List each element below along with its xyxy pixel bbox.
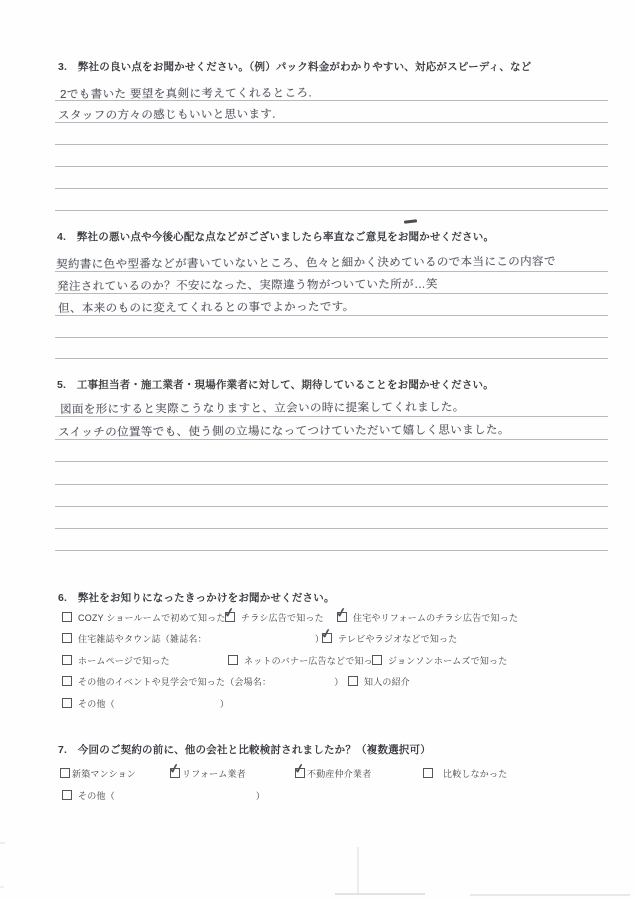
answer-ruled-line [55, 461, 608, 462]
checkbox-icon [60, 768, 70, 778]
question-7-title: 7. 今回のご契約の前に、他の会社と比較検討されましたか？（複数選択可） [58, 742, 431, 757]
answer-ruled-line [55, 293, 608, 294]
scanned-survey-page: 3. 弊社の良い点をお聞かせください。（例）パック料金がわかりやすい、対応がスピ… [0, 0, 636, 900]
answer-ruled-line [55, 416, 608, 417]
checkbox-icon [228, 655, 238, 665]
scan-artifact [404, 219, 417, 223]
handwritten-answer-line: スタッフの方々の感じもいいと思います. [58, 106, 276, 123]
write-in-blank [207, 632, 315, 633]
q6-option-homepage[interactable]: ホームページで知った [62, 654, 170, 667]
close-paren: ） [256, 789, 265, 802]
answer-ruled-line [55, 271, 608, 272]
checkbox-icon [62, 698, 72, 708]
write-in-blank [115, 697, 220, 698]
checkbox-icon [423, 768, 433, 778]
answer-ruled-line [55, 439, 608, 440]
close-paren: ） [220, 697, 229, 710]
answer-ruled-line [55, 484, 608, 485]
handwritten-answer-line: 図面を形にすると実際こうなりますと、立会いの時に提案してくれました。 [60, 399, 465, 417]
question-4-title: 4. 弊社の悪い点や今後心配な点などがございましたら率直なご意見をお聞かせくださ… [57, 229, 494, 244]
write-in-blank [271, 675, 334, 676]
q7-option-no-comparison[interactable]: 比較しなかった [423, 767, 507, 780]
checkbox-checked-icon: ✓ [295, 768, 305, 778]
q6-option-johnson-homes[interactable]: ジョンソンホームズで知った [372, 654, 507, 667]
answer-ruled-line [55, 337, 608, 338]
answer-ruled-line [55, 358, 608, 359]
check-icon: ✓ [223, 604, 237, 622]
answer-ruled-line [55, 144, 608, 145]
checkbox-icon [62, 612, 72, 622]
answer-ruled-line [55, 188, 608, 189]
checkbox-icon [62, 655, 72, 665]
checkbox-checked-icon: ✓ [225, 612, 235, 622]
q6-option-referral[interactable]: 知人の紹介 [348, 675, 410, 688]
answer-ruled-line [55, 315, 608, 316]
answer-ruled-line [55, 550, 608, 551]
close-paren: ） [334, 675, 343, 688]
q6-option-home-reform-flyer[interactable]: ✓ 住宅やリフォームのチラシ広告で知った [337, 611, 518, 624]
handwritten-answer-line: 契約書に色や型番などが書いていないところ、色々と細かく決めているので本当にこの内… [56, 253, 556, 272]
checkbox-checked-icon: ✓ [337, 612, 347, 622]
handwritten-answer-line: スイッチの位置等でも、使う側の立場になってつけていただいて嬉しく思いました。 [58, 421, 510, 440]
answer-ruled-line [55, 506, 608, 507]
q7-option-other[interactable]: その他（ ） [62, 789, 265, 802]
handwritten-answer-line: 発注されているのか？不安になった、実際違う物がついていた所が…笑 [57, 276, 438, 294]
checkbox-checked-icon: ✓ [322, 633, 332, 643]
q6-option-event[interactable]: その他のイベントや見学会で知った（会場名： ） [62, 675, 343, 688]
question-6-title: 6. 弊社をお知りになったきっかけをお聞かせください。 [58, 590, 335, 605]
q6-option-flyer[interactable]: ✓ チラシ広告で知った [225, 611, 324, 624]
scan-artifact [335, 893, 425, 895]
checkbox-checked-icon: ✓ [170, 768, 180, 778]
checkbox-icon [62, 633, 72, 643]
check-icon: ✓ [320, 625, 334, 643]
scan-artifact [470, 894, 630, 896]
answer-ruled-line [55, 122, 608, 123]
q7-option-reform-company[interactable]: ✓ リフォーム業者 [170, 767, 246, 780]
checkbox-icon [348, 676, 358, 686]
checkbox-icon [62, 676, 72, 686]
handwritten-answer-line: 但、本来のものに変えてくれるとの事でよかったです。 [58, 298, 355, 316]
q6-option-tv-radio[interactable]: ✓ テレビやラジオなどで知った [322, 632, 457, 645]
check-icon: ✓ [293, 760, 307, 778]
q6-option-magazine[interactable]: 住宅雑誌やタウン誌（雑誌名： ） [62, 632, 324, 645]
question-3-title: 3. 弊社の良い点をお聞かせください。（例）パック料金がわかりやすい、対応がスピ… [58, 59, 531, 74]
check-icon: ✓ [168, 760, 182, 778]
answer-ruled-line [55, 528, 608, 529]
scan-artifact [0, 842, 5, 844]
checkbox-icon [62, 790, 72, 800]
q7-option-real-estate-agent[interactable]: ✓ 不動産仲介業者 [295, 767, 371, 780]
q6-option-banner-ad[interactable]: ネットのバナー広告などで知った [228, 654, 382, 667]
q6-option-cozy-showroom[interactable]: COZY ショールームで初めて知った [62, 611, 226, 624]
scan-artifact [357, 847, 359, 893]
answer-ruled-line [55, 100, 608, 101]
q6-option-other[interactable]: その他（ ） [62, 697, 229, 710]
answer-ruled-line [55, 166, 608, 167]
answer-ruled-line [55, 210, 608, 211]
scan-artifact [0, 886, 4, 888]
checkbox-icon [372, 655, 382, 665]
write-in-blank [115, 789, 256, 790]
check-icon: ✓ [335, 604, 349, 622]
q7-option-new-mansion[interactable]: 新築マンション [60, 767, 136, 780]
question-5-title: 5. 工事担当者・施工業者・現場作業者に対して、期待していることをお聞かせくださ… [57, 377, 494, 392]
